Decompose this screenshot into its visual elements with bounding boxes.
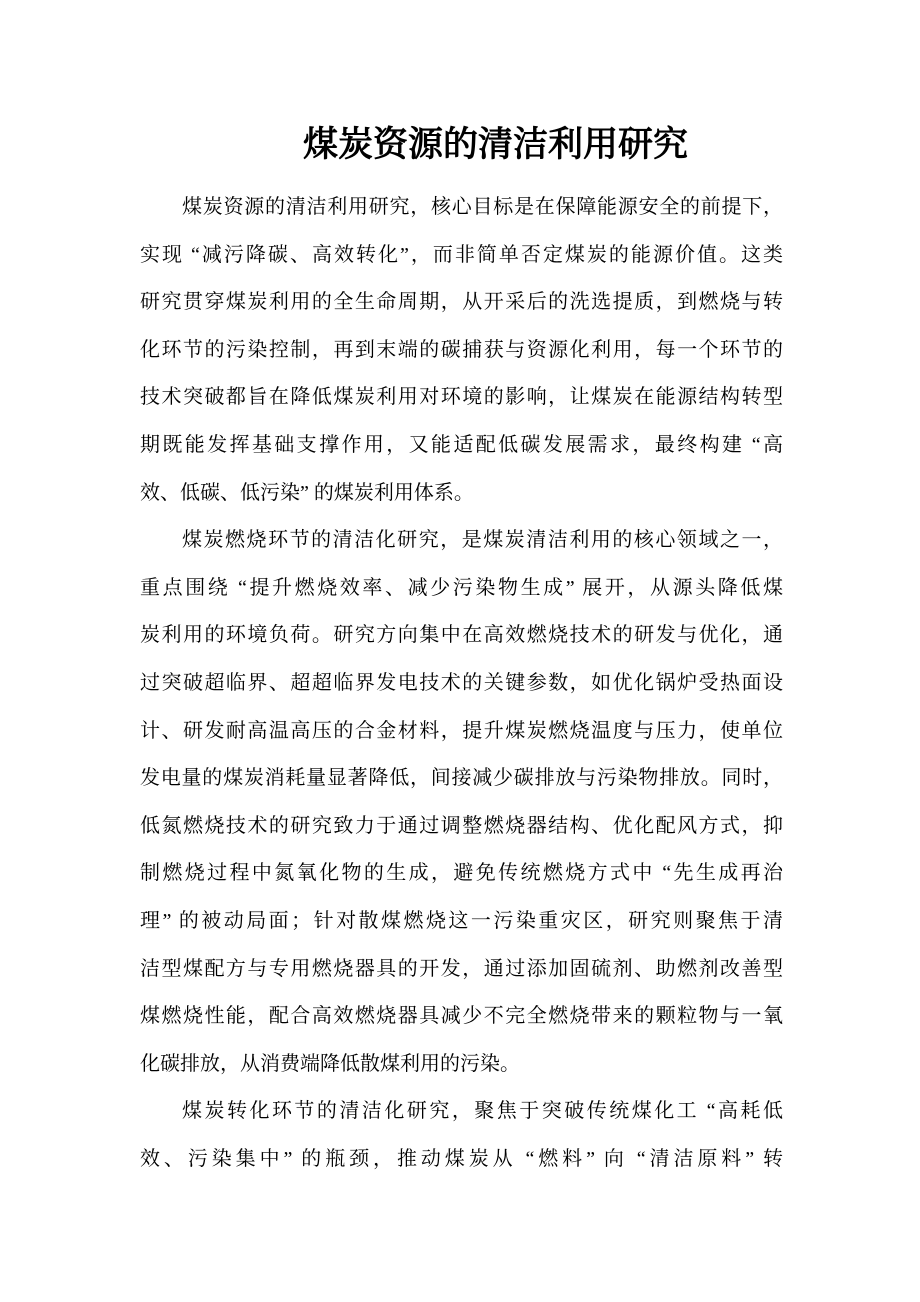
text-line: 实现 “减污降碳、高效转化”，而非简单否定煤炭的能源价值。这类: [140, 232, 783, 280]
text-line: 期既能发挥基础支撑作用，又能适配低碳发展需求，最终构建 “高: [140, 422, 783, 470]
document-title: 煤炭资源的清洁利用研究: [140, 118, 783, 172]
text-line: 效、低碳、低污染” 的煤炭利用体系。: [140, 470, 783, 518]
text-line: 发电量的煤炭消耗量显著降低，间接减少碳排放与污染物排放。同时，: [140, 755, 783, 803]
text-line: 化环节的污染控制，再到末端的碳捕获与资源化利用，每一个环节的: [140, 327, 783, 375]
text-line: 炭利用的环境负荷。研究方向集中在高效燃烧技术的研发与优化，通: [140, 612, 783, 660]
text-line: 化碳排放，从消费端降低散煤利用的污染。: [140, 1041, 783, 1089]
text-line: 洁型煤配方与专用燃烧器具的开发，通过添加固硫剂、助燃剂改善型: [140, 946, 783, 994]
text-line: 煤炭燃烧环节的清洁化研究，是煤炭清洁利用的核心领域之一，: [140, 517, 783, 565]
text-line: 低氮燃烧技术的研究致力于通过调整燃烧器结构、优化配风方式，抑: [140, 803, 783, 851]
document-page: 煤炭资源的清洁利用研究 煤炭资源的清洁利用研究，核心目标是在保障能源安全的前提下…: [0, 0, 920, 1302]
text-line: 计、研发耐高温高压的合金材料，提升煤炭燃烧温度与压力，使单位: [140, 708, 783, 756]
text-line: 煤炭资源的清洁利用研究，核心目标是在保障能源安全的前提下，: [140, 184, 783, 232]
paragraph-3: 煤炭转化环节的清洁化研究，聚焦于突破传统煤化工 “高耗低 效、污染集中” 的瓶颈…: [140, 1088, 783, 1183]
paragraph-2: 煤炭燃烧环节的清洁化研究，是煤炭清洁利用的核心领域之一， 重点围绕 “提升燃烧效…: [140, 517, 783, 1088]
text-line: 效、污染集中” 的瓶颈，推动煤炭从 “燃料” 向 “清洁原料” 转: [140, 1136, 783, 1184]
text-line: 重点围绕 “提升燃烧效率、减少污染物生成” 展开，从源头降低煤: [140, 565, 783, 613]
text-line: 制燃烧过程中氮氧化物的生成，避免传统燃烧方式中 “先生成再治: [140, 850, 783, 898]
text-line: 煤燃烧性能，配合高效燃烧器具减少不完全燃烧带来的颗粒物与一氧: [140, 993, 783, 1041]
text-line: 研究贯穿煤炭利用的全生命周期，从开采后的洗选提质，到燃烧与转: [140, 279, 783, 327]
text-line: 理” 的被动局面；针对散煤燃烧这一污染重灾区，研究则聚焦于清: [140, 898, 783, 946]
text-line: 过突破超临界、超超临界发电技术的关键参数，如优化锅炉受热面设: [140, 660, 783, 708]
text-line: 煤炭转化环节的清洁化研究，聚焦于突破传统煤化工 “高耗低: [140, 1088, 783, 1136]
document-body: 煤炭资源的清洁利用研究，核心目标是在保障能源安全的前提下， 实现 “减污降碳、高…: [140, 184, 783, 1183]
paragraph-1: 煤炭资源的清洁利用研究，核心目标是在保障能源安全的前提下， 实现 “减污降碳、高…: [140, 184, 783, 517]
text-line: 技术突破都旨在降低煤炭利用对环境的影响，让煤炭在能源结构转型: [140, 374, 783, 422]
